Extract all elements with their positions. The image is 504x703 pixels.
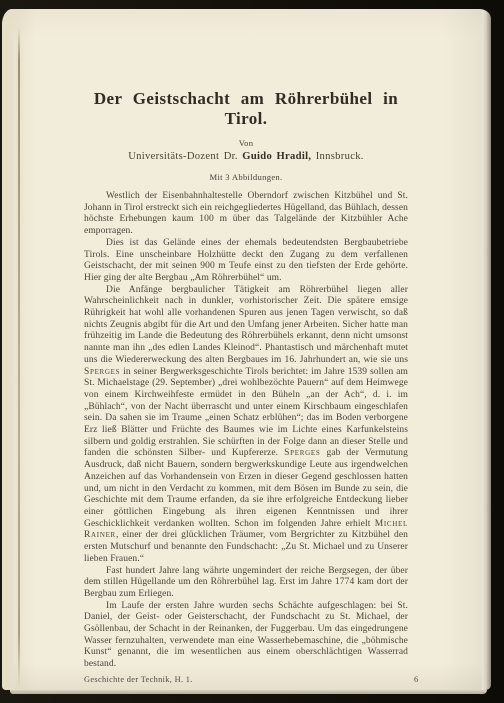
small-caps-name: Sperges	[84, 367, 120, 377]
text-run: gab der Vermutung Ausdruck, daß nicht Ba…	[84, 448, 408, 528]
text-run: in seiner Bergwerksgeschichte Tirols ber…	[84, 367, 408, 459]
text-run: Die Anfänge bergbaulicher Tätigkeit am R…	[84, 285, 408, 365]
footer-series-title: Geschichte der Technik, H. 1.	[84, 675, 193, 684]
small-caps-name: Sperges	[284, 448, 320, 458]
facing-page-edge-line	[18, 27, 20, 688]
paragraph: Die Anfänge bergbaulicher Tätigkeit am R…	[84, 285, 408, 566]
article-body: Westlich der Eisenbahnhaltestelle Obernd…	[84, 191, 408, 671]
paragraph: Im Laufe der ersten Jahre wurden sechs S…	[84, 601, 408, 671]
text-block: Der Geistschacht am Röhrerbühel in Tirol…	[84, 9, 408, 684]
page-number: 6	[414, 675, 419, 684]
paragraph: Westlich der Eisenbahnhaltestelle Obernd…	[84, 191, 408, 238]
page-bottom-edge	[10, 690, 487, 694]
book-page: Der Geistschacht am Röhrerbühel in Tirol…	[2, 9, 491, 690]
page-gutter-shading	[2, 9, 28, 690]
paragraph: Dies ist das Gelände eines der ehemals b…	[84, 238, 408, 285]
figures-note: Mit 3 Abbildungen.	[84, 172, 408, 182]
byline-von: Von	[84, 138, 408, 148]
text-run: Westlich der Eisenbahnhaltestelle Obernd…	[84, 191, 408, 236]
byline-author: Universitäts-Dozent Dr. Guido Hradil, In…	[84, 151, 408, 162]
text-run: Dies ist das Gelände eines der ehemals b…	[84, 238, 408, 283]
text-run: , einer der drei glücklichen Träumer, vo…	[84, 530, 408, 563]
author-city: Innsbruck.	[311, 151, 363, 162]
scanned-book-photo: Der Geistschacht am Röhrerbühel in Tirol…	[0, 0, 504, 703]
paragraph: Fast hundert Jahre lang währte ungeminde…	[84, 566, 408, 601]
author-prefix: Universitäts-Dozent Dr.	[128, 151, 242, 162]
article-title: Der Geistschacht am Röhrerbühel in Tirol…	[84, 89, 408, 129]
text-run: Fast hundert Jahre lang währte ungeminde…	[84, 566, 408, 599]
page-footer: Geschichte der Technik, H. 1. 6	[84, 675, 408, 684]
text-run: Im Laufe der ersten Jahre wurden sechs S…	[84, 601, 408, 670]
author-name: Guido Hradil,	[242, 151, 311, 162]
